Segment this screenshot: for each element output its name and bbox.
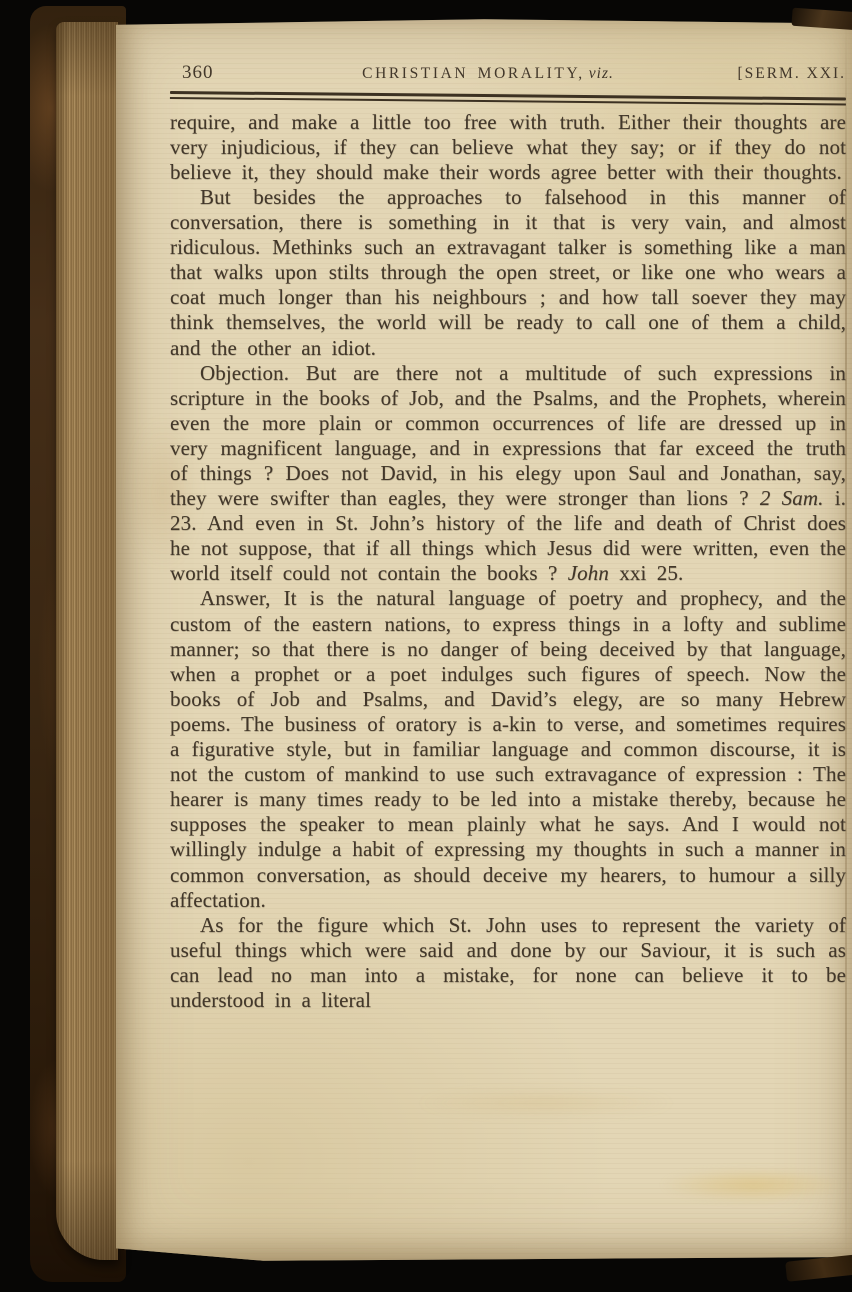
book-page: 360 CHRISTIAN MORALITY,viz. [SERM. XXI. …: [116, 18, 852, 1262]
scanned-book-photo: 360 CHRISTIAN MORALITY,viz. [SERM. XXI. …: [0, 0, 852, 1292]
running-header: 360 CHRISTIAN MORALITY,viz. [SERM. XXI.: [170, 18, 846, 84]
paragraph: Answer, It is the natural language of po…: [170, 586, 846, 912]
page-stack-fore-edge: [56, 22, 118, 1260]
running-title: CHRISTIAN MORALITY,viz.: [290, 65, 686, 83]
body-text-segment: As for the figure which St. John uses to…: [170, 913, 846, 1012]
citation-text: John: [568, 561, 609, 585]
header-rule: [170, 91, 846, 105]
page-content: 360 CHRISTIAN MORALITY,viz. [SERM. XXI. …: [170, 18, 846, 1013]
paragraph: As for the figure which St. John uses to…: [170, 913, 846, 1013]
sermon-reference: [SERM. XXI.: [686, 65, 846, 83]
page-paragraphs: require, and make a little too free with…: [170, 110, 846, 1013]
body-text-segment: xxi 25.: [609, 561, 683, 585]
body-text-segment: Answer, It is the natural language of po…: [170, 586, 846, 911]
body-text-segment: require, and make a little too free with…: [170, 110, 846, 184]
cover-corner-bottom-right: [785, 1254, 852, 1282]
page-stain: [416, 1088, 676, 1118]
paragraph: require, and make a little too free with…: [170, 110, 846, 185]
paragraph: But besides the approaches to falsehood …: [170, 185, 846, 361]
citation-text: 2 Sam.: [760, 486, 824, 510]
body-text-segment: But besides the approaches to falsehood …: [170, 185, 846, 360]
running-title-viz: viz.: [589, 65, 614, 82]
page-stain: [661, 1168, 846, 1202]
paragraph: Objection. But are there not a multitude…: [170, 361, 846, 587]
page-number: 360: [170, 62, 290, 84]
body-text-segment: Objection. But are there not a multitude…: [170, 361, 846, 510]
running-title-text: CHRISTIAN MORALITY,: [362, 65, 585, 82]
